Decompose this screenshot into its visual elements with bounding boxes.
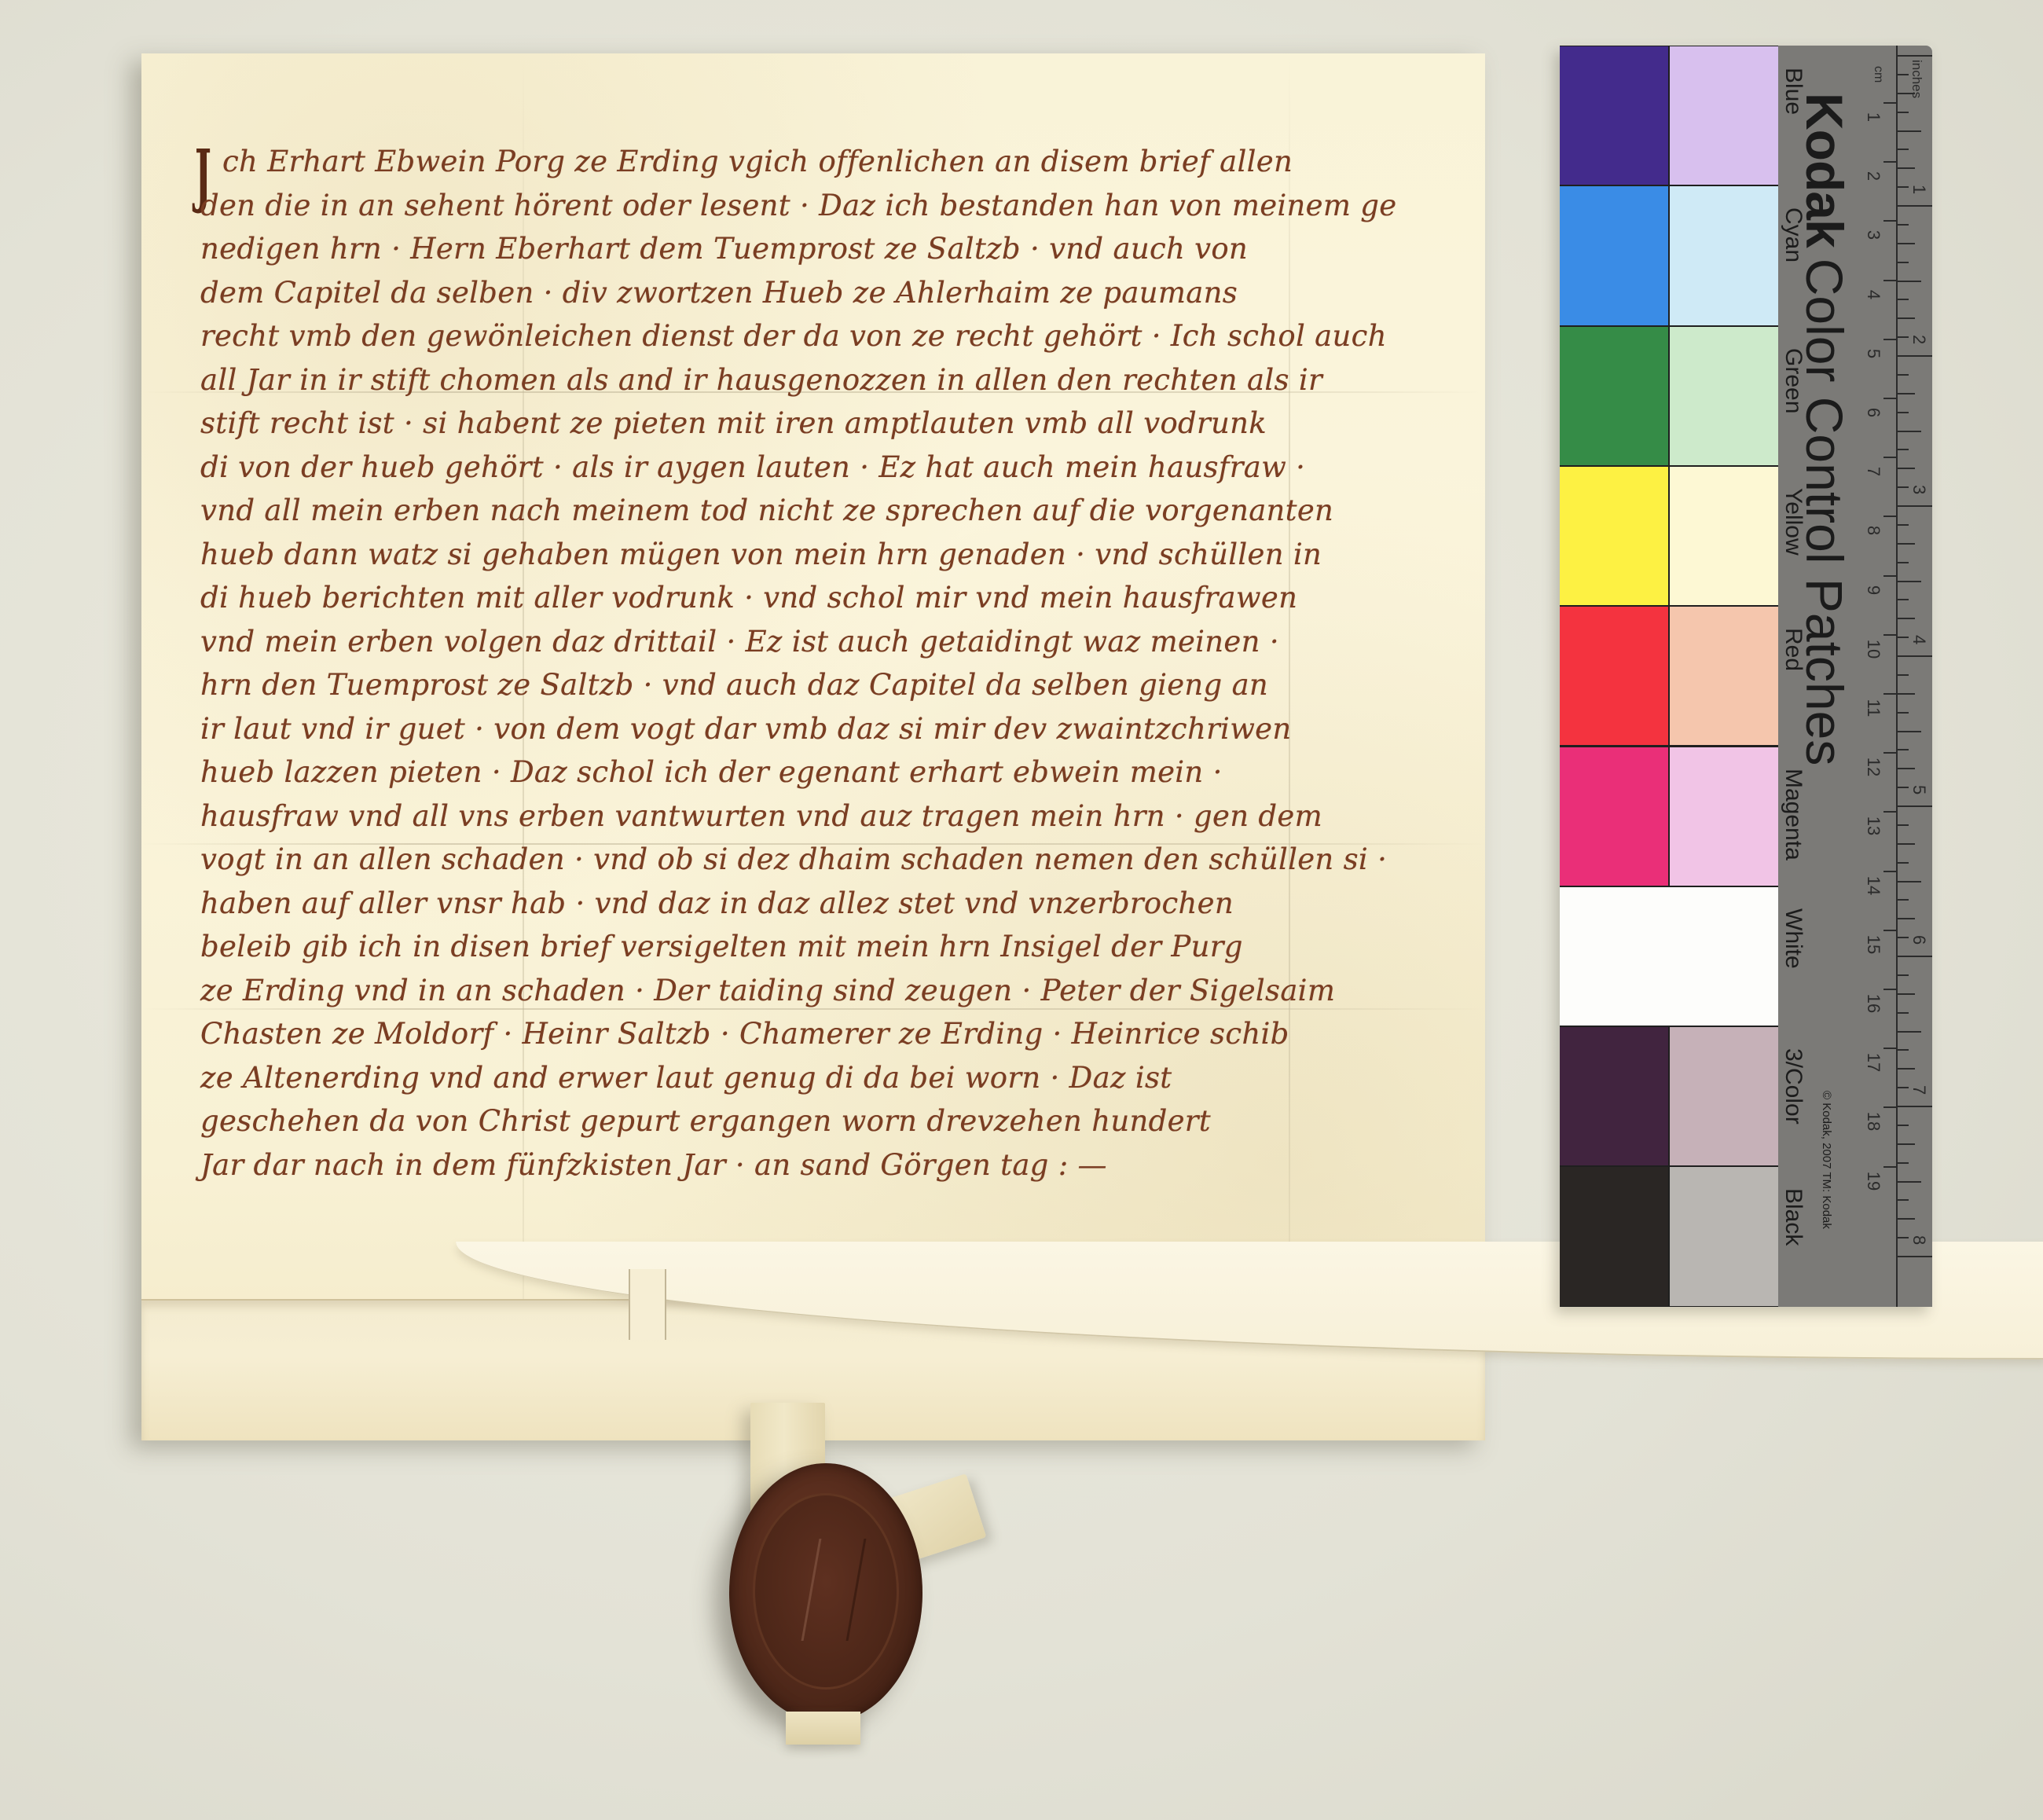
patch-solid (1560, 1027, 1668, 1165)
inch-tick (1898, 1218, 1915, 1220)
inch-mark-label: 1 (1909, 185, 1929, 194)
patch-label: Red (1780, 628, 1806, 671)
cm-mark-label: 2 (1863, 166, 1883, 186)
cm-mark-label: 15 (1863, 934, 1883, 955)
patch-tint (1670, 1167, 1778, 1305)
text-line: hueb lazzen pieten · Daz schol ich der e… (200, 750, 1379, 794)
patch-row-black (1560, 1167, 1778, 1305)
inch-tick (1898, 281, 1921, 282)
patch-solid (1560, 467, 1668, 605)
inch-tick (1898, 449, 1909, 450)
text-line: hueb dann watz si gehaben mügen von mein… (200, 533, 1379, 577)
inch-tick (1898, 74, 1909, 75)
seal-strap-end (786, 1712, 860, 1745)
patch-label: White (1780, 908, 1806, 969)
color-patch-grid (1560, 46, 1778, 1307)
text-line: ir laut vnd ir guet · von dem vogt dar v… (200, 707, 1379, 751)
inch-tick (1898, 712, 1909, 714)
text-line: di von der hueb gehört · als ir aygen la… (200, 446, 1379, 490)
gray-label-band: KodakColor Control Patches © Kodak, 2007… (1778, 46, 1932, 1307)
inch-tick (1898, 1237, 1909, 1238)
cm-unit-label: cm (1871, 66, 1885, 83)
text-line: haben auf aller vnsr hab · vnd daz in da… (200, 882, 1379, 926)
seal-emblem (801, 1539, 867, 1641)
text-line: vogt in an allen schaden · vnd ob si dez… (200, 838, 1379, 882)
text-line: Jar dar nach in dem fünfzkisten Jar · an… (200, 1143, 1379, 1187)
inch-tick (1898, 93, 1915, 94)
cm-scale: cm 12345678910111213141516171819 (1861, 46, 1896, 1307)
inch-tick (1898, 899, 1909, 901)
patch-solid (1560, 1167, 1668, 1305)
inch-tick (1898, 731, 1921, 732)
inch-tick (1898, 243, 1915, 244)
patch-solid (1560, 747, 1668, 886)
patch-solid (1560, 607, 1668, 745)
cm-mark-label: 12 (1863, 757, 1883, 777)
inch-tick (1898, 1106, 1932, 1107)
inch-tick (1898, 674, 1909, 676)
patch-tint (1670, 467, 1778, 605)
patch-label: 3/Color (1780, 1048, 1806, 1125)
inch-mark-label: 5 (1909, 785, 1929, 794)
inch-tick (1898, 355, 1932, 357)
inch-tick (1898, 1181, 1921, 1183)
text-line: stift recht ist · si habent ze pieten mi… (200, 402, 1379, 446)
seal-slit-tab (629, 1269, 666, 1340)
text-line: Chasten ze Moldorf · Heinr Saltzb · Cham… (200, 1012, 1379, 1056)
inch-tick (1898, 1143, 1915, 1145)
cm-mark-label: 14 (1863, 875, 1883, 896)
patch-tint (1670, 186, 1778, 325)
inch-tick (1898, 468, 1915, 469)
patch-solid (1560, 327, 1668, 465)
patch-tint (1670, 747, 1778, 886)
inch-mark-label: 8 (1909, 1235, 1929, 1245)
inch-tick (1898, 55, 1932, 57)
inch-tick (1898, 374, 1909, 376)
inch-tick (1898, 1125, 1909, 1126)
text-line: di hueb berichten mit aller vodrunk · vn… (200, 576, 1379, 620)
inch-tick (1898, 1162, 1909, 1164)
cm-mark-label: 10 (1863, 639, 1883, 659)
text-line: hrn den Tuemprost ze Saltzb · vnd auch d… (200, 663, 1379, 707)
inch-tick (1898, 149, 1909, 150)
text-line: vnd all mein erben nach meinem tod nicht… (200, 489, 1379, 533)
inch-tick (1898, 412, 1909, 413)
text-line: dem Capitel da selben · div zwortzen Hue… (200, 271, 1379, 315)
inch-tick (1898, 993, 1915, 995)
inch-tick (1898, 749, 1909, 750)
cm-mark-label: 17 (1863, 1052, 1883, 1073)
cm-mark-label: 1 (1863, 107, 1883, 127)
cm-mark-label: 13 (1863, 816, 1883, 836)
inch-tick (1898, 937, 1909, 938)
text-line: hausfraw vnd all vns erben vantwurten vn… (200, 794, 1379, 838)
inch-tick (1898, 862, 1909, 864)
inch-tick (1898, 1049, 1909, 1051)
inch-tick (1898, 618, 1915, 619)
inch-tick (1898, 317, 1915, 319)
inch-tick (1898, 262, 1909, 263)
inch-tick (1898, 524, 1909, 526)
inch-tick (1898, 224, 1909, 226)
patch-tint (1670, 46, 1778, 185)
cm-mark-label: 18 (1863, 1111, 1883, 1132)
inch-tick (1898, 956, 1932, 957)
cm-mark-label: 6 (1863, 402, 1883, 423)
inch-tick (1898, 543, 1915, 545)
patch-label: Green (1780, 348, 1806, 413)
inch-tick (1898, 186, 1909, 188)
inch-ruler: inches 12345678 (1896, 46, 1932, 1307)
inch-mark-label: 6 (1909, 935, 1929, 945)
inch-tick (1898, 599, 1909, 600)
inch-tick (1898, 167, 1915, 169)
patch-row-green (1560, 327, 1778, 465)
patch-label: Black (1780, 1188, 1806, 1246)
inch-tick (1898, 1031, 1921, 1033)
inch-tick (1898, 974, 1909, 976)
text-line: ch Erhart Ebwein Porg ze Erding vgich of… (200, 140, 1379, 184)
inch-tick (1898, 336, 1909, 338)
inch-tick (1898, 693, 1915, 695)
inch-mark-label: 3 (1909, 485, 1929, 494)
inch-tick (1898, 1012, 1909, 1014)
inch-tick (1898, 881, 1921, 882)
text-line: nedigen hrn · Hern Eberhart dem Tuempros… (200, 227, 1379, 271)
patch-row-cyan (1560, 186, 1778, 325)
cm-mark-label: 4 (1863, 284, 1883, 305)
cm-mark-label: 3 (1863, 225, 1883, 245)
inch-mark-label: 4 (1909, 635, 1929, 644)
charter-text: ch Erhart Ebwein Porg ze Erding vgich of… (200, 140, 1379, 1187)
inch-tick (1898, 486, 1909, 488)
text-line: den die in an sehent hörent oder lesent … (200, 184, 1379, 228)
patch-tint (1670, 1027, 1778, 1165)
seal-impression (753, 1493, 899, 1690)
patch-solid (1560, 887, 1778, 1026)
inch-tick (1898, 787, 1909, 788)
patch-row-yellow (1560, 467, 1778, 605)
kodak-color-control-strip: KodakColor Control Patches © Kodak, 2007… (1560, 46, 1932, 1307)
patch-row-white (1560, 887, 1778, 1026)
cm-mark-label: 19 (1863, 1171, 1883, 1191)
patch-tint (1670, 327, 1778, 465)
wax-seal (729, 1463, 922, 1723)
inch-tick (1898, 130, 1921, 132)
patch-label: Cyan (1780, 207, 1806, 262)
inch-tick (1898, 505, 1932, 507)
text-line: all Jar in ir stift chomen als and ir ha… (200, 358, 1379, 402)
inch-tick (1898, 918, 1915, 919)
text-line: beleib gib ich in disen brief versigelte… (200, 925, 1379, 969)
inch-tick (1898, 1087, 1909, 1088)
inch-mark-label: 2 (1909, 335, 1929, 344)
inch-mark-label: 7 (1909, 1085, 1929, 1095)
inch-tick (1898, 205, 1932, 207)
patch-solid (1560, 46, 1668, 185)
inch-tick (1898, 562, 1909, 563)
patch-row-3-color (1560, 1027, 1778, 1165)
patch-label: Magenta (1780, 769, 1806, 860)
inch-tick (1898, 1068, 1915, 1070)
inch-tick (1898, 581, 1921, 582)
cm-mark-label: 7 (1863, 461, 1883, 482)
patch-label: Yellow (1780, 488, 1806, 556)
cm-mark-label: 16 (1863, 993, 1883, 1014)
patch-row-blue (1560, 46, 1778, 185)
text-line: geschehen da von Christ gepurt ergangen … (200, 1099, 1379, 1143)
inch-tick (1898, 431, 1921, 432)
inch-tick (1898, 805, 1932, 807)
text-line: ze Erding vnd in an schaden · Der taidin… (200, 969, 1379, 1013)
inch-tick (1898, 112, 1909, 113)
cm-mark-label: 5 (1863, 343, 1883, 364)
inch-tick (1898, 1199, 1909, 1201)
cm-mark-label: 11 (1863, 698, 1883, 718)
inch-tick (1898, 1256, 1932, 1257)
inch-tick (1898, 393, 1915, 394)
inch-tick (1898, 655, 1932, 657)
patch-label: Blue (1780, 68, 1806, 115)
cm-mark-label: 9 (1863, 580, 1883, 600)
text-line: recht vmb den gewönleichen dienst der da… (200, 314, 1379, 358)
patch-solid (1560, 186, 1668, 325)
inch-tick (1898, 843, 1915, 845)
patch-tint (1670, 607, 1778, 745)
cm-mark-label: 8 (1863, 520, 1883, 541)
inch-tick (1898, 768, 1915, 769)
patch-row-red (1560, 607, 1778, 745)
inch-tick (1898, 637, 1909, 638)
patch-row-magenta (1560, 747, 1778, 886)
inch-tick (1898, 824, 1909, 826)
inch-tick (1898, 299, 1909, 300)
text-line: vnd mein erben volgen daz drittail · Ez … (200, 620, 1379, 664)
text-line: ze Altenerding vnd and erwer laut genug … (200, 1056, 1379, 1100)
copyright-notice: © Kodak, 2007 TM: Kodak (1820, 1091, 1833, 1229)
